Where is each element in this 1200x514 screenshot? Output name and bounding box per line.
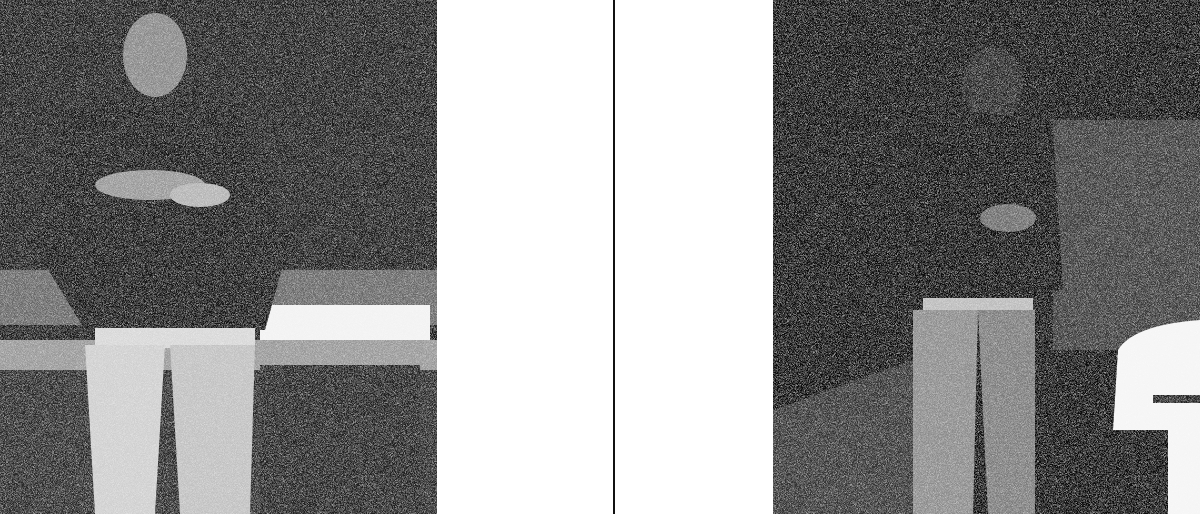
photo-right bbox=[773, 0, 1200, 514]
photo-left bbox=[0, 0, 437, 514]
vertical-divider bbox=[613, 0, 615, 514]
man-photo-left bbox=[0, 0, 437, 514]
man-photo-right bbox=[773, 0, 1200, 514]
